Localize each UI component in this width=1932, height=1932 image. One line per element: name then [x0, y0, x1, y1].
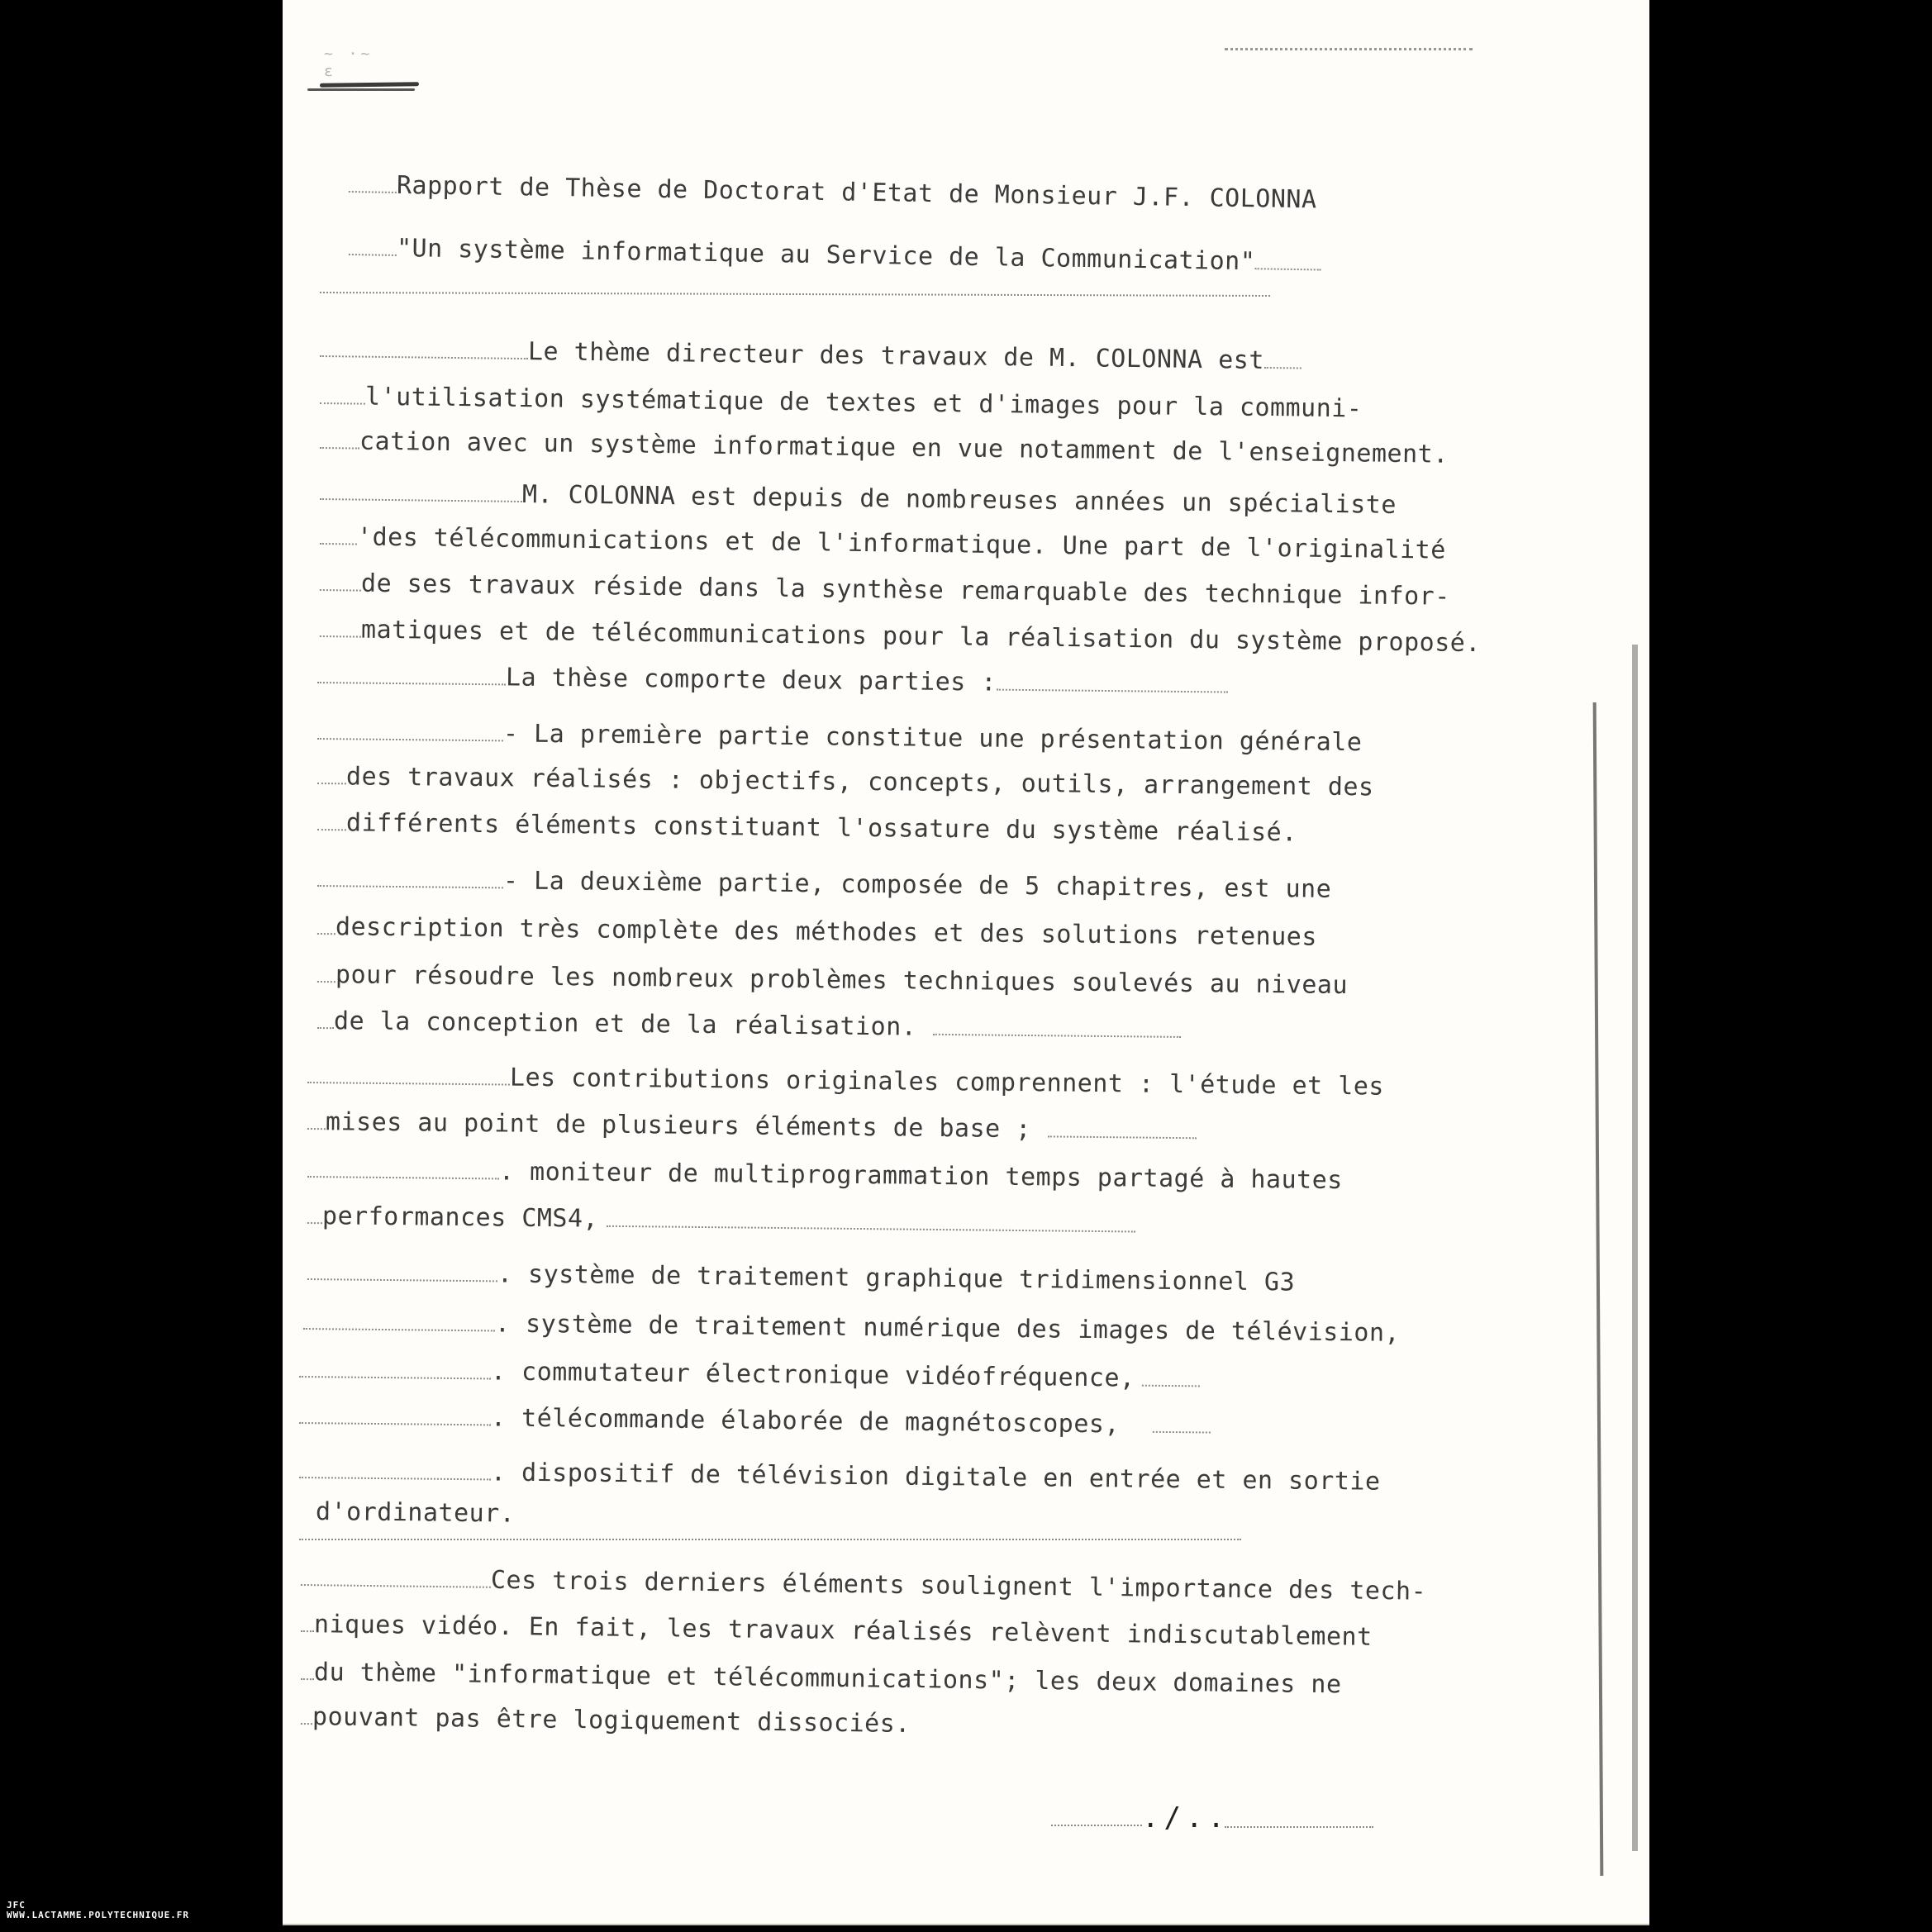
- paragraph-line: La thèse comporte deux parties :: [317, 661, 1228, 701]
- paragraph-line: 'des télécommunications et de l'informat…: [320, 522, 1446, 566]
- pencil-scribble: ~ ·~ ɛ: [324, 45, 390, 57]
- paragraph-line: pour résoudre les nombreux problèmes tec…: [317, 960, 1348, 1001]
- paragraph-line: M. COLONNA est depuis de nombreuses anné…: [320, 478, 1397, 521]
- paragraph-line: matiques et de télécommunications pour l…: [320, 615, 1481, 659]
- conclusion-line: pouvant pas être logiquement dissociés.: [301, 1702, 911, 1739]
- paragraph-line: description très complète des méthodes e…: [317, 912, 1317, 953]
- dotted-guide-line: [1051, 1825, 1142, 1826]
- continuation-mark: ./..: [1142, 1801, 1230, 1834]
- paragraph-line: - La deuxième partie, composée de 5 chap…: [317, 864, 1332, 905]
- contribution-item-continued: d'ordinateur.: [316, 1497, 516, 1530]
- conclusion-line: Ces trois derniers éléments soulignent l…: [301, 1563, 1427, 1607]
- dotted-guide-line: [1225, 1826, 1373, 1828]
- conclusion-line: niques vidéo. En fait, les travaux réali…: [301, 1610, 1373, 1653]
- contribution-item: . commutateur électronique vidéofréquenc…: [299, 1355, 1200, 1394]
- paragraph-line: de ses travaux réside dans la synthèse r…: [320, 569, 1450, 612]
- dotted-guide-line: [1225, 48, 1473, 54]
- scanned-page: ~ ·~ ɛ Rapport de Thèse de Doctorat d'Et…: [283, 0, 1649, 1925]
- contribution-item: . moniteur de multiprogrammation temps p…: [307, 1155, 1343, 1196]
- paragraph-line: Le thème directeur des travaux de M. COL…: [320, 335, 1301, 377]
- paragraph-line: de la conception et de la réalisation.: [317, 1006, 1182, 1045]
- ink-stroke-mark: [307, 88, 415, 91]
- dotted-separator: [299, 1539, 1241, 1540]
- paragraph-line: cation avec un système informatique en v…: [320, 426, 1449, 470]
- ink-stroke-mark: [320, 82, 419, 88]
- paragraph-line: différents éléments constituant l'ossatu…: [317, 808, 1297, 848]
- contribution-item: . télécommande élaborée de magnétoscopes…: [299, 1401, 1211, 1441]
- paragraph-line: - La première partie constitue une prése…: [317, 717, 1363, 758]
- conclusion-line: du thème "informatique et télécommunicat…: [301, 1658, 1342, 1700]
- report-subtitle: "Un système informatique au Service de l…: [349, 233, 1322, 278]
- contribution-item: . système de traitement graphique tridim…: [307, 1258, 1296, 1298]
- page-edge: [283, 1924, 1649, 1925]
- report-title: Rapport de Thèse de Doctorat d'Etat de M…: [349, 170, 1317, 215]
- paragraph-line: des travaux réalisés : objectifs, concep…: [317, 762, 1374, 802]
- margin-vertical-line: [1593, 702, 1604, 1876]
- contribution-item: . dispositif de télévision digitale en e…: [299, 1456, 1381, 1497]
- paragraph-line: Les contributions originales comprennent…: [307, 1061, 1384, 1102]
- contribution-item: . système de traitement numérique des im…: [303, 1307, 1400, 1349]
- dotted-separator: [320, 292, 1270, 297]
- watermark: JFC WWW.LACTAMME.POLYTECHNIQUE.FR: [7, 1901, 189, 1920]
- paragraph-line: mises au point de plusieurs éléments de …: [307, 1107, 1197, 1146]
- margin-vertical-line: [1632, 645, 1638, 1851]
- watermark-site: WWW.LACTAMME.POLYTECHNIQUE.FR: [7, 1911, 189, 1920]
- paragraph-line: l'utilisation systématique de textes et …: [320, 382, 1363, 424]
- contribution-item-continued: performances CMS4,: [307, 1202, 1135, 1240]
